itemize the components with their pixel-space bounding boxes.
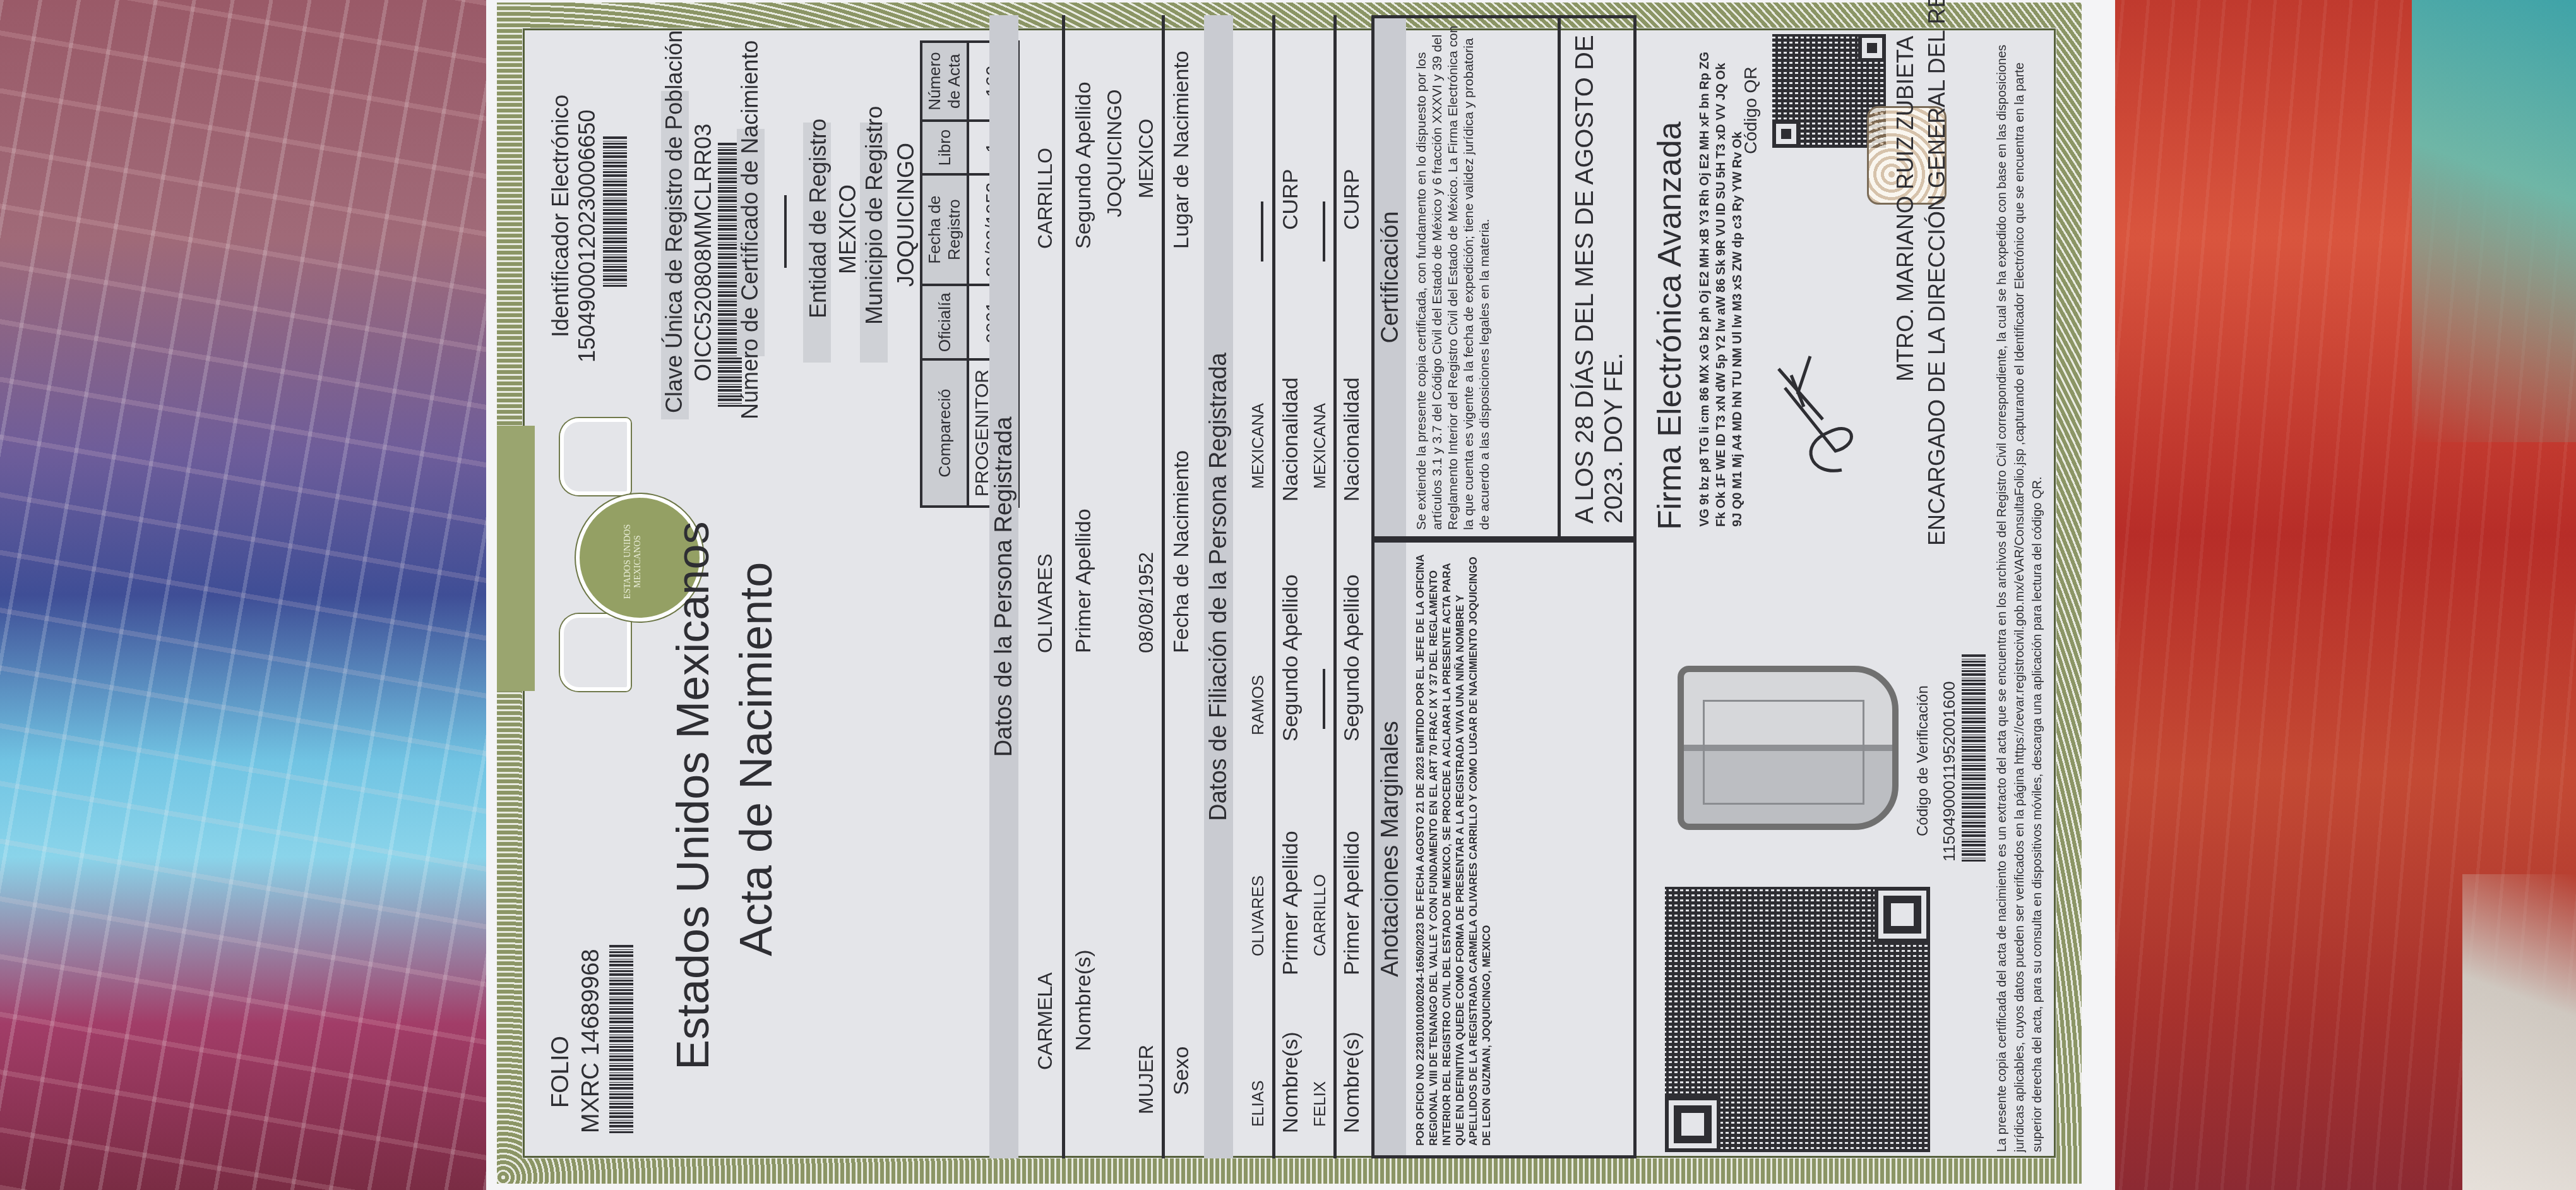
- certification-title: Certificación: [1374, 18, 1406, 536]
- parent2-names: FELIX: [1310, 1081, 1330, 1127]
- coat-of-arms-inner: [1703, 700, 1864, 805]
- annotations-text: POR OFICIO NO 22301001002024-1650/2023 D…: [1414, 552, 1493, 1146]
- seal-text: ESTADOS UNIDOS MEXICANOS: [623, 508, 643, 615]
- folio-number: MXRC 14689968: [578, 949, 605, 1133]
- registered-second-surname: CARRILLO: [1034, 148, 1057, 249]
- row-divider: [1333, 15, 1337, 1158]
- label-second-surname: Segundo Apellido: [1340, 574, 1364, 742]
- label-nationality: Nacionalidad: [1340, 377, 1364, 502]
- row-divider: [1162, 15, 1165, 1158]
- registry-entity-label: Entidad de Registro: [805, 119, 832, 318]
- label-names: Nombre(s): [1279, 1031, 1303, 1133]
- e-signature-title: Firma Electrónica Avanzada: [1651, 122, 1689, 530]
- verification-code-label: Código de Verificación: [1914, 685, 1932, 836]
- parent2-nationality: MEXICANA: [1310, 403, 1330, 489]
- label-sex: Sexo: [1169, 1047, 1194, 1096]
- parent1-curp-empty: [1261, 201, 1263, 261]
- birth-municipality: JOQUICINGO: [1103, 89, 1126, 217]
- certification-text: Se extiende la presente copia certificad…: [1414, 25, 1493, 530]
- birth-cert-number-label: Número de Certificado de Nacimiento: [737, 40, 763, 419]
- row-divider: [1272, 15, 1275, 1158]
- parent1-first-surname: OLIVARES: [1248, 875, 1268, 956]
- label-birth-place: Lugar de Nacimiento: [1169, 51, 1194, 249]
- registered-first-name: CARMELA: [1034, 972, 1057, 1070]
- table-header: Fecha de Registro: [921, 174, 968, 285]
- annotations-box: [1371, 539, 1637, 1158]
- signer-title: ENCARGADO DE LA DIRECCIÓN GENERAL DEL RE…: [1924, 0, 1950, 546]
- table-header: Compareció: [921, 359, 968, 507]
- registered-first-surname: OLIVARES: [1034, 553, 1057, 653]
- label-birth-date: Fecha de Nacimiento: [1169, 450, 1194, 653]
- qr-code-label: Código QR: [1741, 66, 1761, 154]
- label-nationality: Nacionalidad: [1279, 377, 1303, 502]
- verification-barcode: [1962, 653, 1986, 862]
- registry-entity-value: MEXICO: [835, 184, 861, 274]
- label-curp: CURP: [1279, 169, 1303, 230]
- curp-label: Clave Única de Registro de Población: [661, 30, 688, 413]
- ornament-glyph-icon: [560, 614, 631, 691]
- electronic-id-label: Identificador Electrónico: [547, 95, 574, 337]
- handwritten-signature-icon: [1772, 344, 1861, 483]
- label-second-surname: Segundo Apellido: [1279, 574, 1303, 742]
- parent2-curp-empty: [1323, 201, 1325, 261]
- annotations-title: Anotaciones Marginales: [1374, 543, 1406, 1155]
- label-names: Nombre(s): [1071, 949, 1096, 1051]
- ornament-glyph-icon: [560, 418, 631, 495]
- birth-state: MEXICO: [1135, 119, 1158, 198]
- legal-footer-text: La presente copia certificada del acta d…: [1993, 15, 2046, 1152]
- parent2-second-surname-empty: [1323, 669, 1325, 729]
- fabric-background-left: [0, 0, 492, 1190]
- fabric-background-right: [2096, 0, 2576, 1190]
- verification-code-value: 115049000119520016​00: [1940, 682, 1959, 862]
- curp-value: OICC520808MMCLRR03: [690, 124, 717, 382]
- table-header: Número de Acta: [921, 42, 968, 121]
- qr-code-large-icon: [1665, 887, 1930, 1152]
- table-header: Libro: [921, 121, 968, 174]
- label-first-surname: Primer Apellido: [1071, 508, 1096, 653]
- e-signature-code: VG 9t bz p8 TG li cm 86 MX xG b2 ph Oj E…: [1696, 47, 1746, 527]
- section-registered-person: Datos de la Persona Registrada: [989, 15, 1018, 1158]
- birth-date: 08/08/1952: [1135, 552, 1158, 653]
- parent2-first-surname: CARRILLO: [1310, 874, 1330, 956]
- label-first-surname: Primer Apellido: [1340, 831, 1364, 975]
- document-title: Acta de Nacimiento: [730, 562, 782, 956]
- label-first-surname: Primer Apellido: [1279, 831, 1303, 975]
- label-curp: CURP: [1340, 169, 1364, 230]
- folio-barcode: [609, 944, 633, 1133]
- parent1-second-surname: RAMOS: [1248, 675, 1268, 735]
- registered-sex: MUJER: [1135, 1045, 1158, 1114]
- birth-cert-number-empty: [784, 195, 787, 268]
- parent1-names: ELIAS: [1248, 1080, 1268, 1127]
- birth-certificate: FOLIO MXRC 14689968 ESTADOS UNIDOS MEXIC…: [497, 3, 2082, 1184]
- label-names: Nombre(s): [1340, 1031, 1364, 1133]
- folio-label: FOLIO: [547, 1036, 575, 1108]
- section-filiation: Datos de Filiación de la Persona Registr…: [1204, 15, 1233, 1158]
- country-title: Estados Unidos Mexicanos: [667, 522, 719, 1070]
- issue-date-text: A LOS 28 DÍAS DEL MES DE AGOSTO DE 2023.…: [1570, 31, 1628, 524]
- table-header: Oficialía: [921, 285, 968, 359]
- signer-name: MTRO. MARIANO RUIZ ZUBIETA: [1892, 36, 1919, 382]
- registry-municipality-label: Municipio de Registro: [861, 106, 888, 325]
- label-second-surname: Segundo Apellido: [1071, 81, 1096, 249]
- registry-municipality-value: JOQUICINGO: [893, 143, 919, 287]
- parent1-nationality: MEXICANA: [1248, 403, 1268, 489]
- row-divider: [1062, 15, 1065, 1158]
- electronic-id-barcode: [603, 135, 627, 287]
- electronic-id-value: 15049000120230006650: [574, 110, 600, 363]
